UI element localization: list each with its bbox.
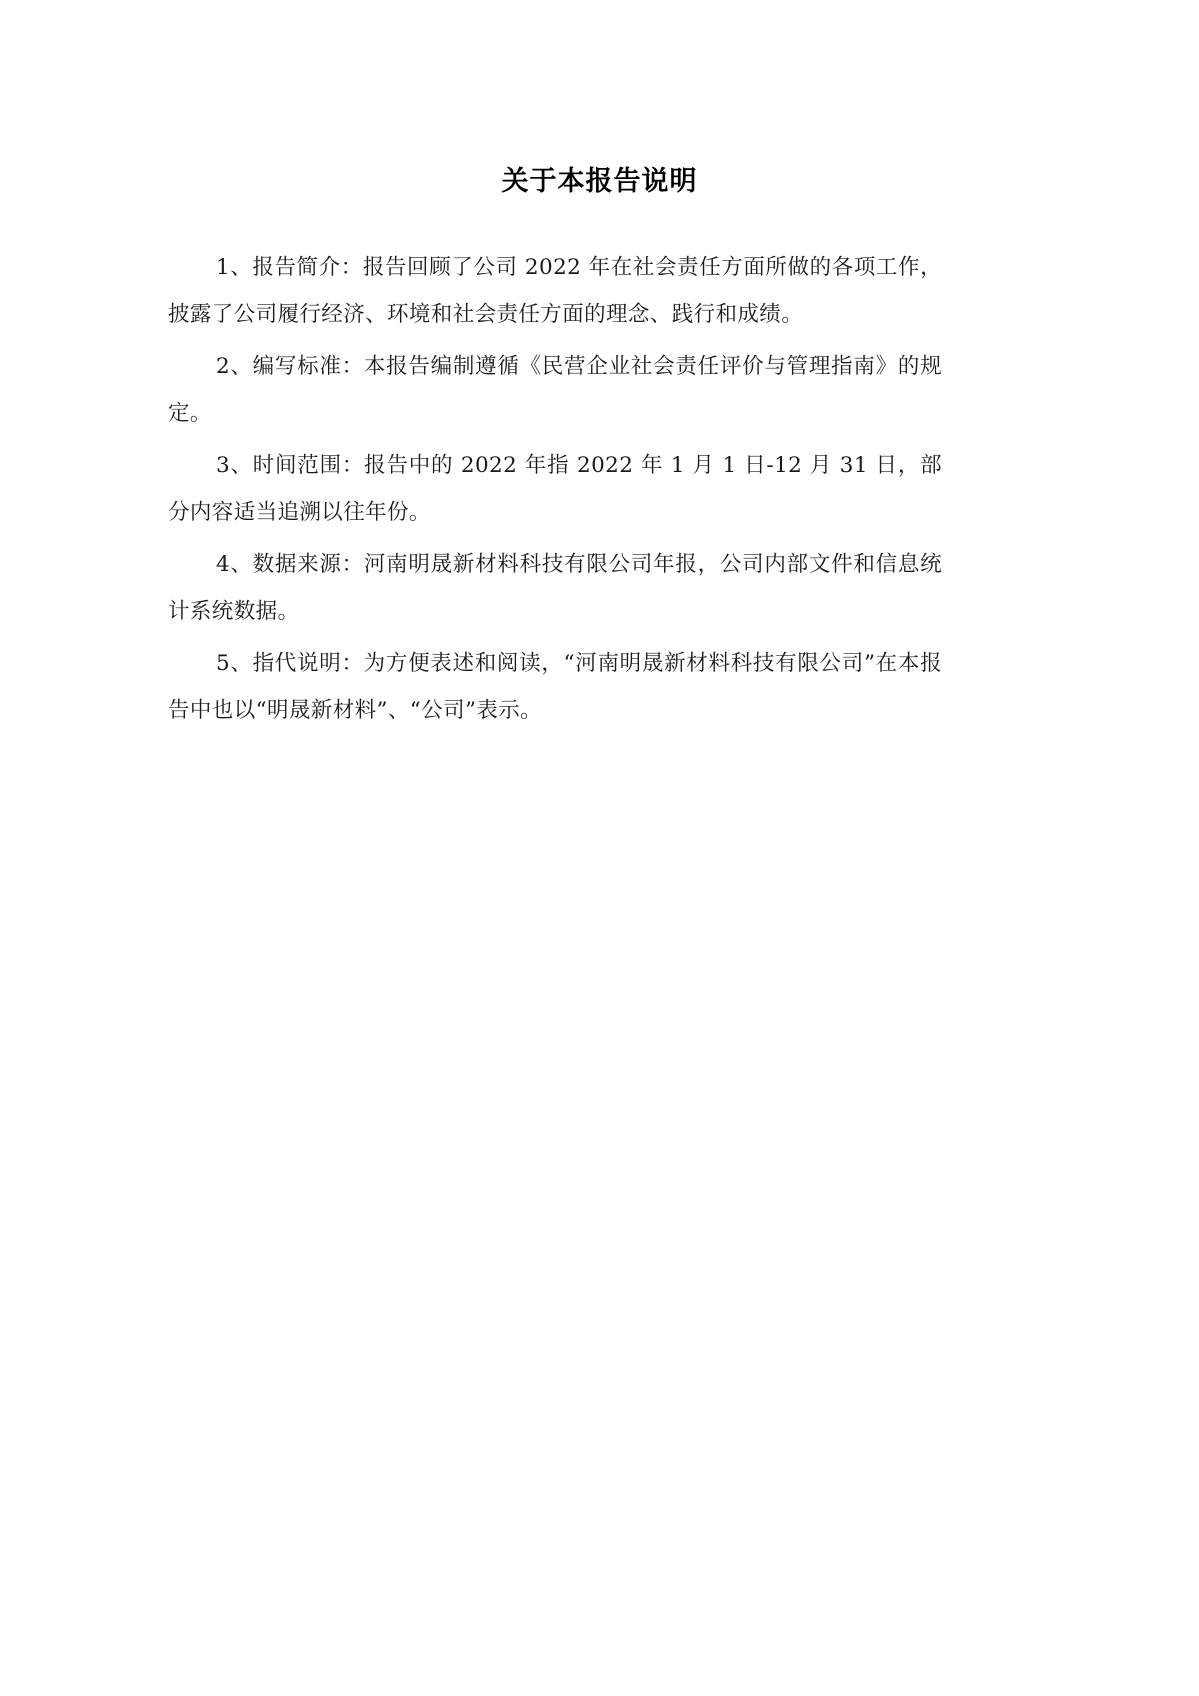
paragraph-report-overview: 1、报告简介：报告回顾了公司 2022 年在社会责任方面所做的各项工作，披露了公… — [168, 245, 942, 338]
paragraph-time-scope: 3、时间范围：报告中的 2022 年指 2022 年 1 月 1 日-12 月 … — [168, 443, 942, 536]
report-notes-body: 1、报告简介：报告回顾了公司 2022 年在社会责任方面所做的各项工作，披露了公… — [168, 245, 942, 740]
page-title: 关于本报告说明 — [0, 164, 1199, 200]
document-page: 关于本报告说明 1、报告简介：报告回顾了公司 2022 年在社会责任方面所做的各… — [0, 0, 1199, 1696]
paragraph-data-source: 4、数据来源：河南明晟新材料科技有限公司年报，公司内部文件和信息统计系统数据。 — [168, 542, 942, 635]
paragraph-compilation-standard: 2、编写标准：本报告编制遵循《民营企业社会责任评价与管理指南》的规定。 — [168, 344, 942, 437]
paragraph-reference-note: 5、指代说明：为方便表述和阅读，“河南明晟新材料科技有限公司”在本报告中也以“明… — [168, 641, 942, 734]
